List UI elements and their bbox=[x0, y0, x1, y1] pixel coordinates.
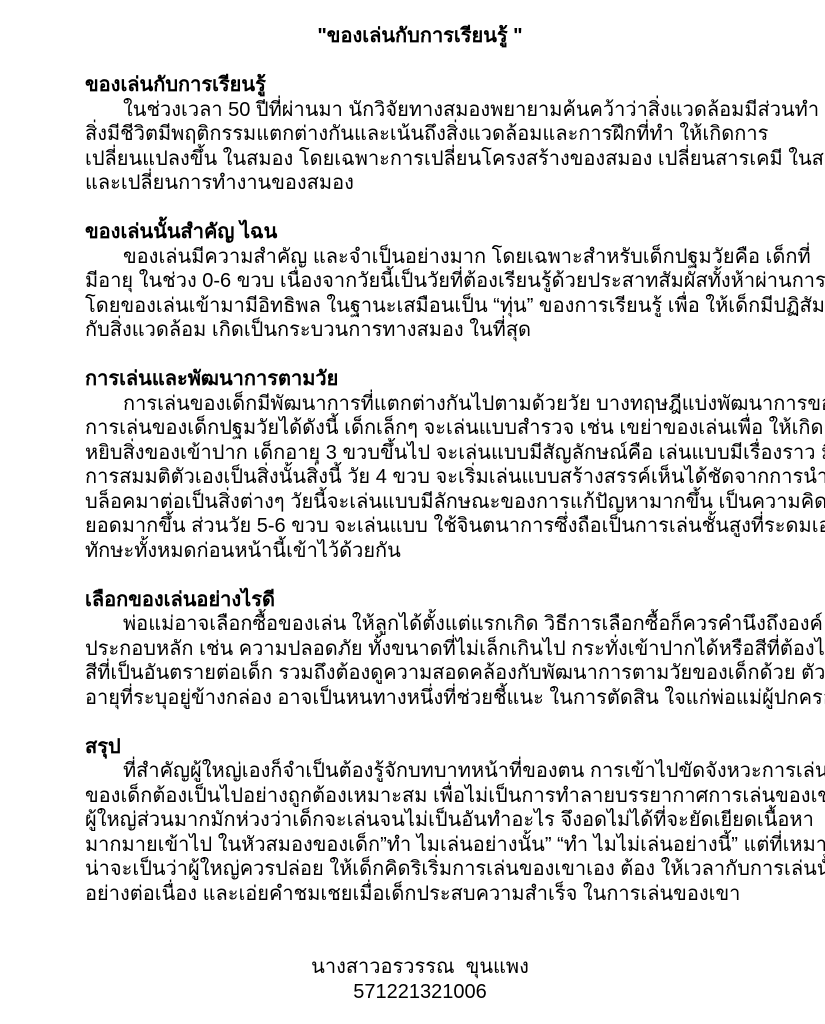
document-page: "ของเล่นกับการเรียนรู้ " ของเล่นกับการเร… bbox=[0, 0, 825, 1024]
paragraph-line: พ่อแม่อาจเลือกซื้อของเล่น ให้ลูกได้ตั้งแ… bbox=[85, 612, 755, 637]
section-toys-and-learning: ของเล่นกับการเรียนรู้ ในช่วงเวลา 50 ปีที… bbox=[85, 73, 755, 196]
section-heading: สรุป bbox=[85, 735, 755, 760]
paragraph-line: ที่สำคัญผู้ใหญ่เองก็จำเป็นต้องรู้จักบทบา… bbox=[85, 759, 755, 784]
paragraph-line: น่าจะเป็นว่าผู้ใหญ่ควรปล่อย ให้เด็กคิดริ… bbox=[85, 857, 755, 882]
paragraph-line: โดยของเล่นเข้ามามีอิทธิพล ในฐานะเสมือนเป… bbox=[85, 294, 755, 319]
document-title: "ของเล่นกับการเรียนรู้ " bbox=[85, 24, 755, 49]
document-footer: นางสาวอรวรรณ ขุนแพง 571221321006 bbox=[85, 955, 755, 1004]
paragraph-line: การสมมติตัวเองเป็นสิ่งนั้นสิ่งนี้ วัย 4 … bbox=[85, 465, 755, 490]
paragraph-line: บล็อคมาต่อเป็นสิ่งต่างๆ วัยนี้จะเล่นแบบม… bbox=[85, 490, 755, 515]
paragraph-line: การเล่นของเด็กมีพัฒนาการที่แตกต่างกันไปต… bbox=[85, 392, 755, 417]
paragraph-line: อายุที่ระบุอยู่ข้างกล่อง อาจเป็นหนทางหนึ… bbox=[85, 686, 755, 711]
paragraph-line: มากมายเข้าไป ในหัวสมองของเด็ก”ทำ ไมเล่นอ… bbox=[85, 833, 755, 858]
paragraph-line: สิ่งมีชีวิตมีพฤติกรรมแตกต่างกันและเน้นถึ… bbox=[85, 122, 755, 147]
document-body: "ของเล่นกับการเรียนรู้ " ของเล่นกับการเร… bbox=[0, 0, 825, 1004]
paragraph-line: หยิบสิ่งของเข้าปาก เด็กอายุ 3 ขวบขึ้นไป … bbox=[85, 441, 755, 466]
section-heading: ของเล่นกับการเรียนรู้ bbox=[85, 73, 755, 98]
paragraph-line: สีที่เป็นอันตรายต่อเด็ก รวมถึงต้องดูความ… bbox=[85, 661, 755, 686]
footer-student-id: 571221321006 bbox=[85, 980, 755, 1005]
paragraph-line: และเปลี่ยนการทำงานของสมอง bbox=[85, 171, 755, 196]
paragraph-line: เปลี่ยนแปลงขึ้น ในสมอง โดยเฉพาะการเปลี่ย… bbox=[85, 147, 755, 172]
paragraph-line: การเล่นของเด็กปฐมวัยได้ดังนี้ เด็กเล็กๆ … bbox=[85, 416, 755, 441]
section-why-toys-matter: ของเล่นนั้นสำคัญ ไฉน ของเล่นมีความสำคัญ … bbox=[85, 220, 755, 343]
section-heading: การเล่นและพัฒนาการตามวัย bbox=[85, 367, 755, 392]
section-play-and-development: การเล่นและพัฒนาการตามวัย การเล่นของเด็กม… bbox=[85, 367, 755, 563]
paragraph-line: ของเด็กต้องเป็นไปอย่างถูกต้องเหมาะสม เพื… bbox=[85, 784, 755, 809]
paragraph-line: ทักษะทั้งหมดก่อนหน้านี้เข้าไว้ด้วยกัน bbox=[85, 539, 755, 564]
paragraph-line: มีอายุ ในช่วง 0-6 ขวบ เนื่องจากวัยนี้เป็… bbox=[85, 269, 755, 294]
paragraph-line: อย่างต่อเนื่อง และเอ่ยคำชมเชยเมื่อเด็กปร… bbox=[85, 882, 755, 907]
section-heading: เลือกของเล่นอย่างไรดี bbox=[85, 588, 755, 613]
section-heading: ของเล่นนั้นสำคัญ ไฉน bbox=[85, 220, 755, 245]
paragraph-line: ยอดมากขึ้น ส่วนวัย 5-6 ขวบ จะเล่นแบบ ใช้… bbox=[85, 514, 755, 539]
paragraph-line: ผู้ใหญ่ส่วนมากมักห่วงว่าเด็กจะเล่นจนไม่เ… bbox=[85, 808, 755, 833]
footer-author: นางสาวอรวรรณ ขุนแพง bbox=[85, 955, 755, 980]
section-summary: สรุป ที่สำคัญผู้ใหญ่เองก็จำเป็นต้องรู้จั… bbox=[85, 735, 755, 907]
paragraph-line: ของเล่นมีความสำคัญ และจำเป็นอย่างมาก โดย… bbox=[85, 245, 755, 270]
paragraph-line: ในช่วงเวลา 50 ปีที่ผ่านมา นักวิจัยทางสมอ… bbox=[85, 98, 755, 123]
section-how-to-choose-toys: เลือกของเล่นอย่างไรดี พ่อแม่อาจเลือกซื้อ… bbox=[85, 588, 755, 711]
paragraph-line: ประกอบหลัก เช่น ความปลอดภัย ทั้งขนาดที่ไ… bbox=[85, 637, 755, 662]
paragraph-line: กับสิ่งแวดล้อม เกิดเป็นกระบวนการทางสมอง … bbox=[85, 318, 755, 343]
